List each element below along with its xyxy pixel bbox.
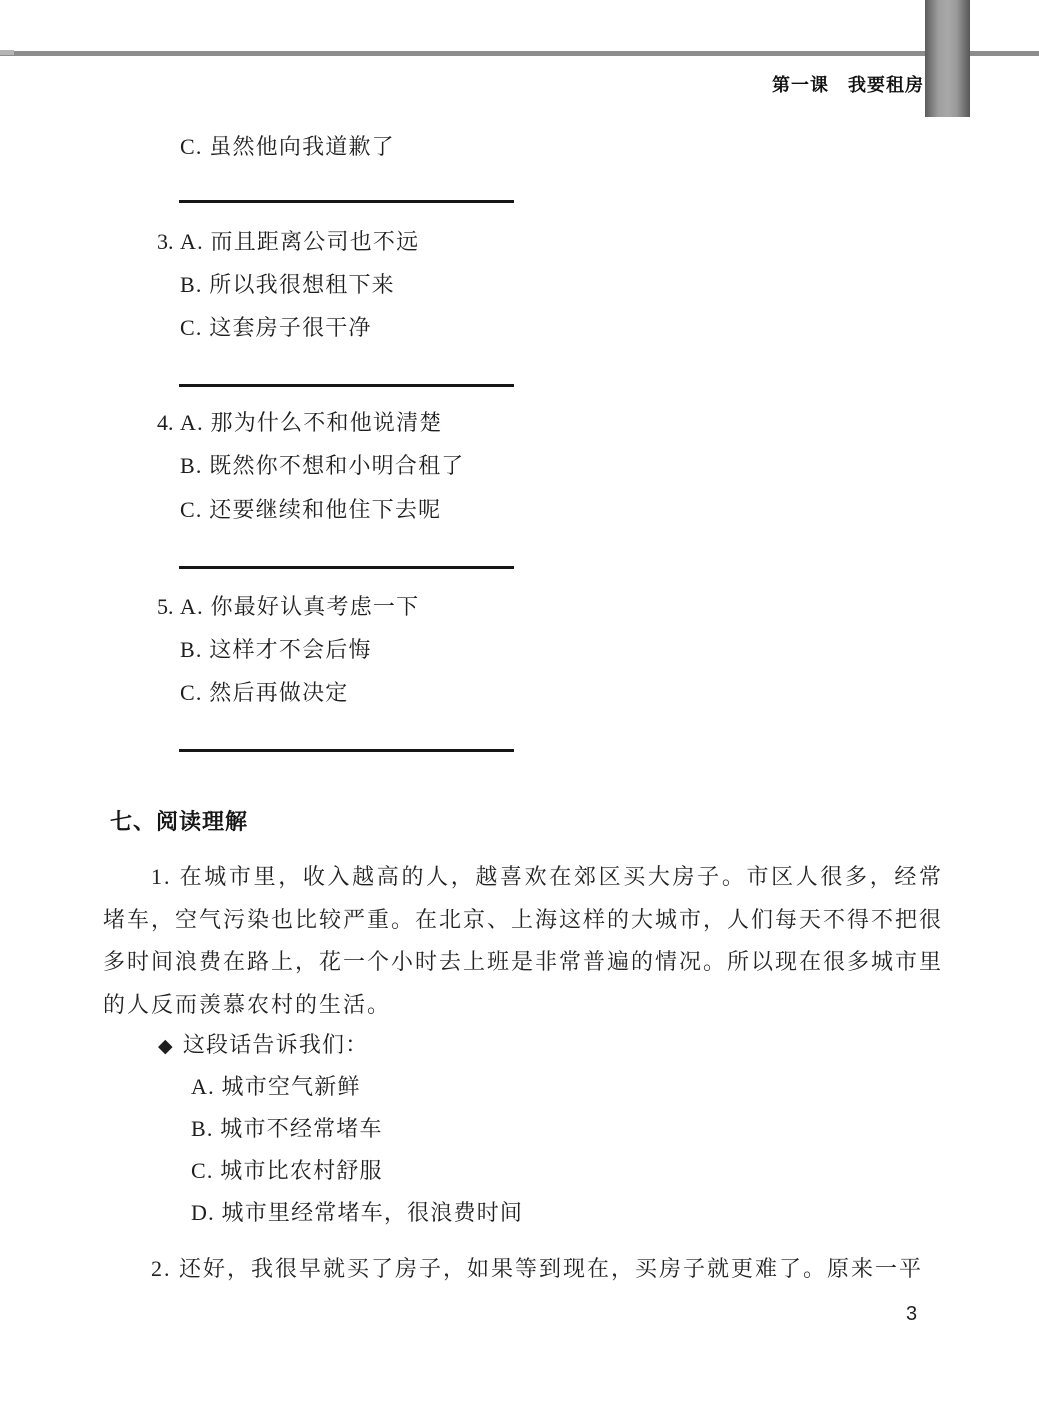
option-row: C. 虽然他向我道歉了 — [180, 134, 395, 160]
prompt-text: 这段话告诉我们： — [183, 1032, 369, 1057]
section-heading: 七、阅读理解 — [110, 809, 248, 835]
option-row: C. 城市比农村舒服 — [191, 1158, 383, 1184]
lesson-title: 第一课 我要租房 — [772, 73, 924, 97]
header-rule — [0, 51, 1039, 56]
option-text: A. 城市空气新鲜 — [191, 1074, 361, 1099]
option-row: C. 然后再做决定 — [180, 680, 348, 706]
option-text: C. 还要继续和他住下去呢 — [180, 497, 441, 522]
question-row: 4. A. 那为什么不和他说清楚 — [180, 410, 443, 436]
option-text: A. 你最好认真考虑一下 — [180, 594, 419, 619]
question-row: 3. A. 而且距离公司也不远 — [180, 229, 419, 255]
header-tab-bar — [925, 0, 970, 117]
answer-blank — [179, 200, 514, 203]
option-text: C. 虽然他向我道歉了 — [180, 134, 395, 159]
header-rule-left-segment — [0, 50, 14, 55]
question-number: 3. — [157, 229, 174, 255]
textbook-page: 第一课 我要租房 C. 虽然他向我道歉了 3. A. 而且距离公司也不远 B. … — [0, 0, 1039, 1401]
option-row: B. 城市不经常堵车 — [191, 1116, 383, 1142]
option-row: C. 这套房子很干净 — [180, 315, 372, 341]
page-number: 3 — [906, 1302, 917, 1326]
option-text: C. 城市比农村舒服 — [191, 1158, 383, 1183]
option-row: C. 还要继续和他住下去呢 — [180, 497, 441, 523]
option-row: D. 城市里经常堵车，很浪费时间 — [191, 1200, 523, 1226]
question-number: 5. — [157, 594, 174, 620]
option-row: A. 城市空气新鲜 — [191, 1074, 361, 1100]
option-row: B. 所以我很想租下来 — [180, 272, 395, 298]
answer-blank — [179, 384, 514, 387]
option-text: D. 城市里经常堵车，很浪费时间 — [191, 1200, 523, 1225]
option-text: B. 这样才不会后悔 — [180, 637, 372, 662]
option-row: B. 这样才不会后悔 — [180, 637, 372, 663]
answer-blank — [179, 566, 514, 569]
question-number: 4. — [157, 410, 174, 436]
option-text: C. 这套房子很干净 — [180, 315, 372, 340]
option-text: B. 城市不经常堵车 — [191, 1116, 383, 1141]
reading-question-prompt: ◆这段话告诉我们： — [158, 1032, 368, 1060]
reading-passage-1: 1. 在城市里，收入越高的人，越喜欢在郊区买大房子。市区人很多，经常堵车，空气污… — [103, 856, 943, 1026]
option-row: B. 既然你不想和小明合租了 — [180, 453, 464, 479]
diamond-bullet-icon: ◆ — [158, 1036, 174, 1057]
question-row: 5. A. 你最好认真考虑一下 — [180, 594, 419, 620]
option-text: B. 既然你不想和小明合租了 — [180, 453, 464, 478]
answer-blank — [179, 749, 514, 752]
option-text: A. 那为什么不和他说清楚 — [180, 410, 443, 435]
option-text: C. 然后再做决定 — [180, 680, 348, 705]
option-text: B. 所以我很想租下来 — [180, 272, 395, 297]
reading-passage-2: 2. 还好，我很早就买了房子，如果等到现在，买房子就更难了。原来一平 — [103, 1248, 943, 1291]
option-text: A. 而且距离公司也不远 — [180, 229, 419, 254]
